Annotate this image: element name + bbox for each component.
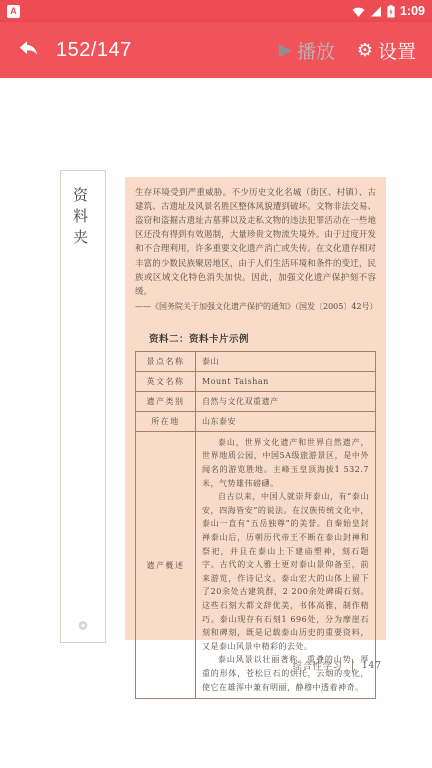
back-arrow-icon xyxy=(16,38,40,63)
material-panel: 生存环境受到严重威胁。不少历史文化名城（街区、村镇）、古建筑、古遗址及风景名胜区… xyxy=(125,177,386,640)
wifi-icon xyxy=(352,6,365,17)
row-label: 景点名称 xyxy=(136,351,196,371)
material-one-attribution: ——《国务院关于加强文化遗产保护的通知》（国发〔2005〕42号） xyxy=(135,301,376,312)
document-page: 资料夹 生存环境受到严重威胁。不少历史文化名城（街区、村镇）、古建筑、古遗址及风… xyxy=(0,78,432,768)
app-bar: 152/147 ▶ 播放 ⚙ 设置 xyxy=(0,22,432,78)
table-row: 遗产类别 自然与文化双重遗产 xyxy=(136,391,376,411)
footer-page-number: 147 xyxy=(362,661,382,671)
row-label: 遗产概述 xyxy=(136,431,196,698)
battery-icon xyxy=(387,5,395,18)
play-triangle-icon: ▶ xyxy=(279,40,292,60)
material-two-heading: 资料二：资料卡片示例 xyxy=(149,331,376,345)
footer-section: 综合性学习 xyxy=(293,659,343,672)
row-label: 英文名称 xyxy=(136,371,196,391)
table-row: 所在地 山东泰安 xyxy=(136,411,376,431)
play-button[interactable]: ▶ 播放 xyxy=(279,37,335,64)
table-row: 英文名称 Mount Taishan xyxy=(136,371,376,391)
overview-paragraph: 自古以来，中国人就崇拜泰山，有“泰山安，四海皆安”的说法。在汉族传统文化中，泰山… xyxy=(202,490,369,653)
heritage-card-table: 景点名称 泰山 英文名称 Mount Taishan 遗产类别 自然与文化双重遗… xyxy=(135,351,376,699)
screen: A 1:09 152/147 ▶ 播放 ⚙ xyxy=(0,0,432,768)
settings-label: 设置 xyxy=(378,37,416,64)
row-value: 自然与文化双重遗产 xyxy=(196,391,376,411)
row-value: 山东泰安 xyxy=(196,411,376,431)
row-value: 泰山 xyxy=(196,351,376,371)
row-label: 所在地 xyxy=(136,411,196,431)
cellular-signal-icon xyxy=(370,6,382,17)
status-bar: A 1:09 xyxy=(0,0,432,22)
footer-divider xyxy=(352,659,353,672)
page-indicator: 152/147 xyxy=(56,39,132,62)
page-footer: 综合性学习 147 xyxy=(293,659,382,672)
play-label: 播放 xyxy=(297,37,335,64)
status-time: 1:09 xyxy=(400,4,425,18)
overview-paragraph: 泰山，世界文化遗产和世界自然遗产，世界地质公园，中国5A级旅游景区，是中外闻名的… xyxy=(202,436,369,490)
sidebar-tab-label: 资料夹 xyxy=(75,187,91,250)
ring-icon xyxy=(79,621,88,630)
settings-button[interactable]: ⚙ 设置 xyxy=(357,37,416,64)
row-value: Mount Taishan xyxy=(196,371,376,391)
gear-icon: ⚙ xyxy=(357,40,373,61)
table-row: 景点名称 泰山 xyxy=(136,351,376,371)
notification-a-icon: A xyxy=(7,5,20,18)
back-button[interactable] xyxy=(16,38,40,63)
row-label: 遗产类别 xyxy=(136,391,196,411)
sidebar-tab: 资料夹 xyxy=(60,170,106,643)
material-one-body: 生存环境受到严重威胁。不少历史文化名城（街区、村镇）、古建筑、古遗址及风景名胜区… xyxy=(135,186,376,299)
